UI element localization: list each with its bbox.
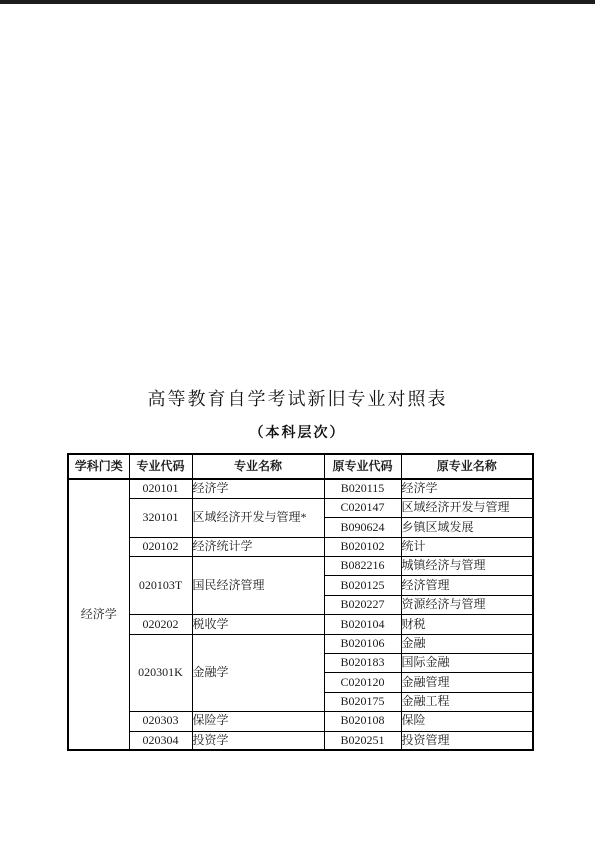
cell-old-major-code: C020120 <box>324 673 401 692</box>
table-row: 020103T 国民经济管理 B082216 城镇经济与管理 <box>68 557 533 576</box>
cell-subject-category: 经济学 <box>68 479 129 750</box>
cell-major-name: 区域经济开发与管理* <box>192 498 324 537</box>
cell-old-major-name: 金融管理 <box>401 673 533 692</box>
cell-old-major-code: C020147 <box>324 498 401 517</box>
table-row: 320101 区域经济开发与管理* C020147 区域经济开发与管理 <box>68 498 533 517</box>
cell-old-major-code: B020125 <box>324 576 401 595</box>
table-row: 经济学 020101 经济学 B020115 经济学 <box>68 479 533 498</box>
cell-old-major-code: B020106 <box>324 634 401 653</box>
cell-major-code: 320101 <box>129 498 192 537</box>
major-comparison-table: 学科门类 专业代码 专业名称 原专业代码 原专业名称 经济学 020101 经济… <box>67 453 534 751</box>
cell-old-major-name: 资源经济与管理 <box>401 595 533 614</box>
document-page: 高等教育自学考试新旧专业对照表 （本科层次） 学科门类 专业代码 专业名称 原专… <box>0 0 595 841</box>
cell-major-name: 税收学 <box>192 615 324 634</box>
cell-old-major-code: B020227 <box>324 595 401 614</box>
cell-old-major-name: 区域经济开发与管理 <box>401 498 533 517</box>
cell-old-major-code: B090624 <box>324 518 401 537</box>
cell-old-major-code: B020108 <box>324 712 401 731</box>
cell-old-major-name: 金融 <box>401 634 533 653</box>
cell-major-code: 020103T <box>129 557 192 615</box>
cell-old-major-name: 乡镇区域发展 <box>401 518 533 537</box>
cell-old-major-name: 保险 <box>401 712 533 731</box>
cell-old-major-code: B020115 <box>324 479 401 498</box>
table-row: 020301K 金融学 B020106 金融 <box>68 634 533 653</box>
cell-major-name: 保险学 <box>192 712 324 731</box>
cell-major-code: 020102 <box>129 537 192 556</box>
cell-old-major-name: 金融工程 <box>401 692 533 711</box>
cell-old-major-code: B020104 <box>324 615 401 634</box>
cell-old-major-name: 投资管理 <box>401 731 533 750</box>
column-header-major-name: 专业名称 <box>192 454 324 479</box>
column-header-major-code: 专业代码 <box>129 454 192 479</box>
cell-old-major-name: 经济管理 <box>401 576 533 595</box>
table-row: 020304 投资学 B020251 投资管理 <box>68 731 533 750</box>
cell-old-major-code: B082216 <box>324 557 401 576</box>
cell-old-major-name: 经济学 <box>401 479 533 498</box>
cell-major-code: 020202 <box>129 615 192 634</box>
cell-major-name: 经济学 <box>192 479 324 498</box>
column-header-old-major-code: 原专业代码 <box>324 454 401 479</box>
cell-major-name: 国民经济管理 <box>192 557 324 615</box>
document-title: 高等教育自学考试新旧专业对照表 <box>0 389 595 411</box>
cell-major-code: 020303 <box>129 712 192 731</box>
cell-old-major-name: 国际金融 <box>401 654 533 673</box>
table-header-row: 学科门类 专业代码 专业名称 原专业代码 原专业名称 <box>68 454 533 479</box>
cell-major-name: 金融学 <box>192 634 324 712</box>
cell-old-major-name: 统计 <box>401 537 533 556</box>
column-header-subject-category: 学科门类 <box>68 454 129 479</box>
column-header-old-major-name: 原专业名称 <box>401 454 533 479</box>
scan-artifact-top-bar <box>0 0 595 4</box>
cell-old-major-code: B020183 <box>324 654 401 673</box>
cell-major-name: 投资学 <box>192 731 324 750</box>
cell-old-major-name: 城镇经济与管理 <box>401 557 533 576</box>
cell-major-code: 020301K <box>129 634 192 712</box>
cell-major-code: 020304 <box>129 731 192 750</box>
cell-major-code: 020101 <box>129 479 192 498</box>
table-row: 020303 保险学 B020108 保险 <box>68 712 533 731</box>
table-row: 020202 税收学 B020104 财税 <box>68 615 533 634</box>
table-row: 020102 经济统计学 B020102 统计 <box>68 537 533 556</box>
cell-old-major-code: B020251 <box>324 731 401 750</box>
document-subtitle: （本科层次） <box>0 426 595 443</box>
cell-major-name: 经济统计学 <box>192 537 324 556</box>
cell-old-major-code: B020175 <box>324 692 401 711</box>
cell-old-major-code: B020102 <box>324 537 401 556</box>
cell-old-major-name: 财税 <box>401 615 533 634</box>
